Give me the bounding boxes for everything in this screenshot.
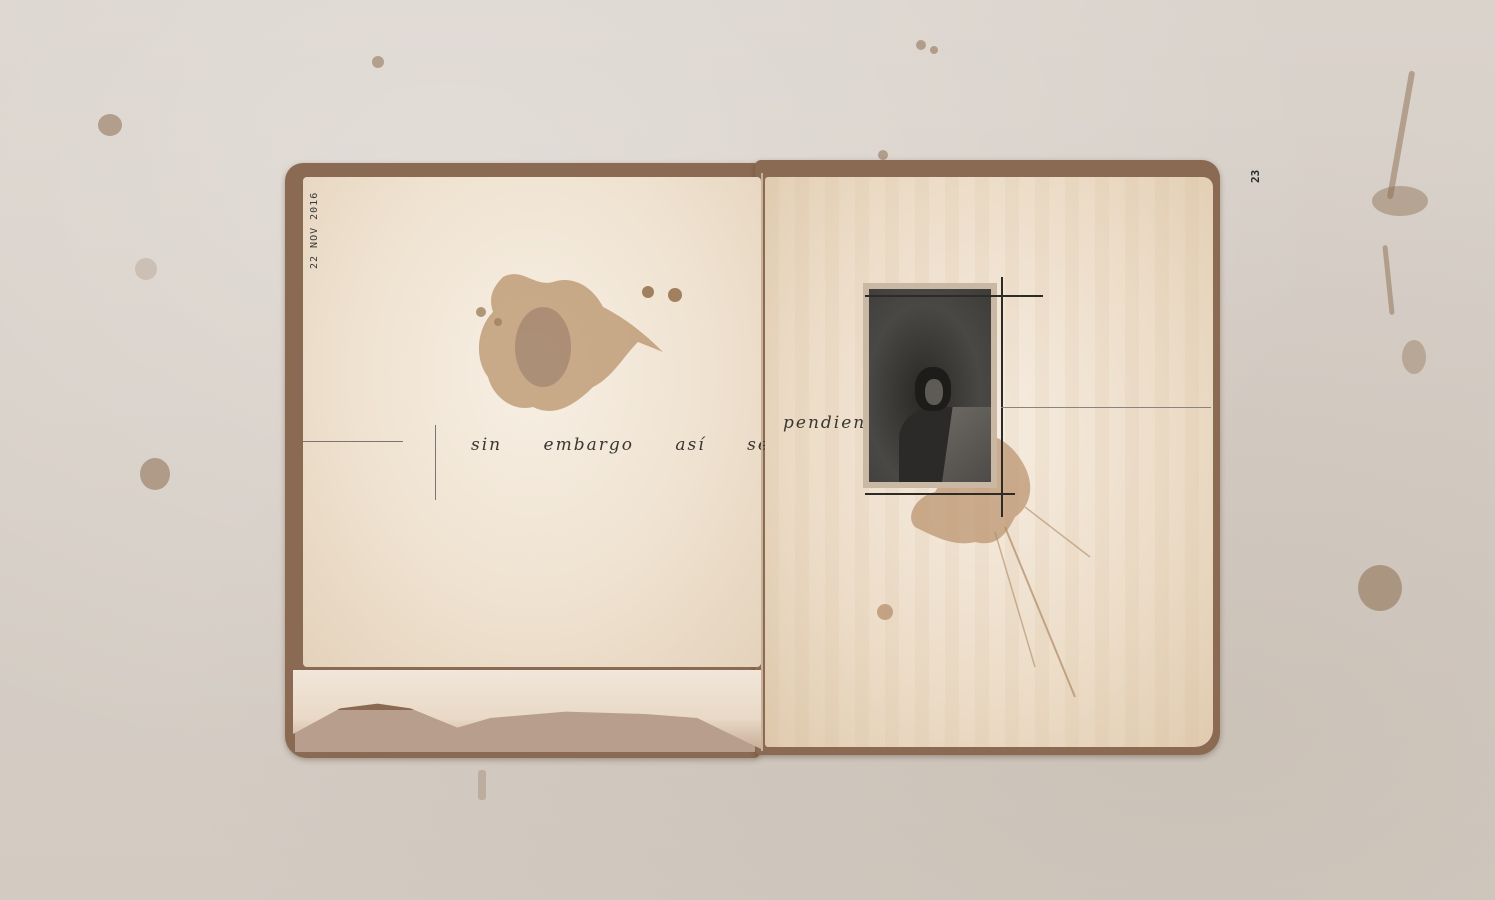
hw-word: así bbox=[675, 435, 705, 455]
figure-face bbox=[925, 379, 943, 405]
pencil-line bbox=[865, 493, 1015, 495]
pencil-line bbox=[865, 295, 1043, 297]
wall-drip bbox=[478, 770, 486, 800]
date-stamp: 22 NOV 2016 bbox=[309, 192, 320, 269]
coffee-splatter bbox=[463, 257, 683, 427]
wall-stain bbox=[1402, 340, 1426, 374]
right-page: 23 pendiente bbox=[765, 177, 1213, 747]
hw-word: sin bbox=[471, 435, 502, 455]
wall-stain bbox=[930, 46, 938, 54]
wall-stain bbox=[372, 56, 384, 68]
portrait-photo bbox=[863, 283, 997, 488]
pencil-line bbox=[303, 441, 403, 442]
wall-stain bbox=[98, 114, 122, 136]
page-number: 23 bbox=[1249, 170, 1262, 183]
wall-stain bbox=[916, 40, 926, 50]
wall-stain bbox=[140, 458, 170, 490]
wall-stain bbox=[1372, 186, 1428, 216]
wall-stain bbox=[1358, 565, 1402, 611]
book-gutter bbox=[761, 173, 763, 751]
photo-image bbox=[869, 289, 991, 482]
pencil-line bbox=[1001, 277, 1003, 517]
sketchbook: 22 NOV 2016 sin embargo así sedí 23 pend… bbox=[285, 155, 1225, 760]
wall-stain bbox=[135, 258, 157, 280]
hw-word: embargo bbox=[544, 435, 634, 455]
pencil-line bbox=[1001, 407, 1211, 408]
pencil-line bbox=[435, 425, 436, 500]
left-page: 22 NOV 2016 sin embargo así sedí bbox=[303, 177, 761, 667]
